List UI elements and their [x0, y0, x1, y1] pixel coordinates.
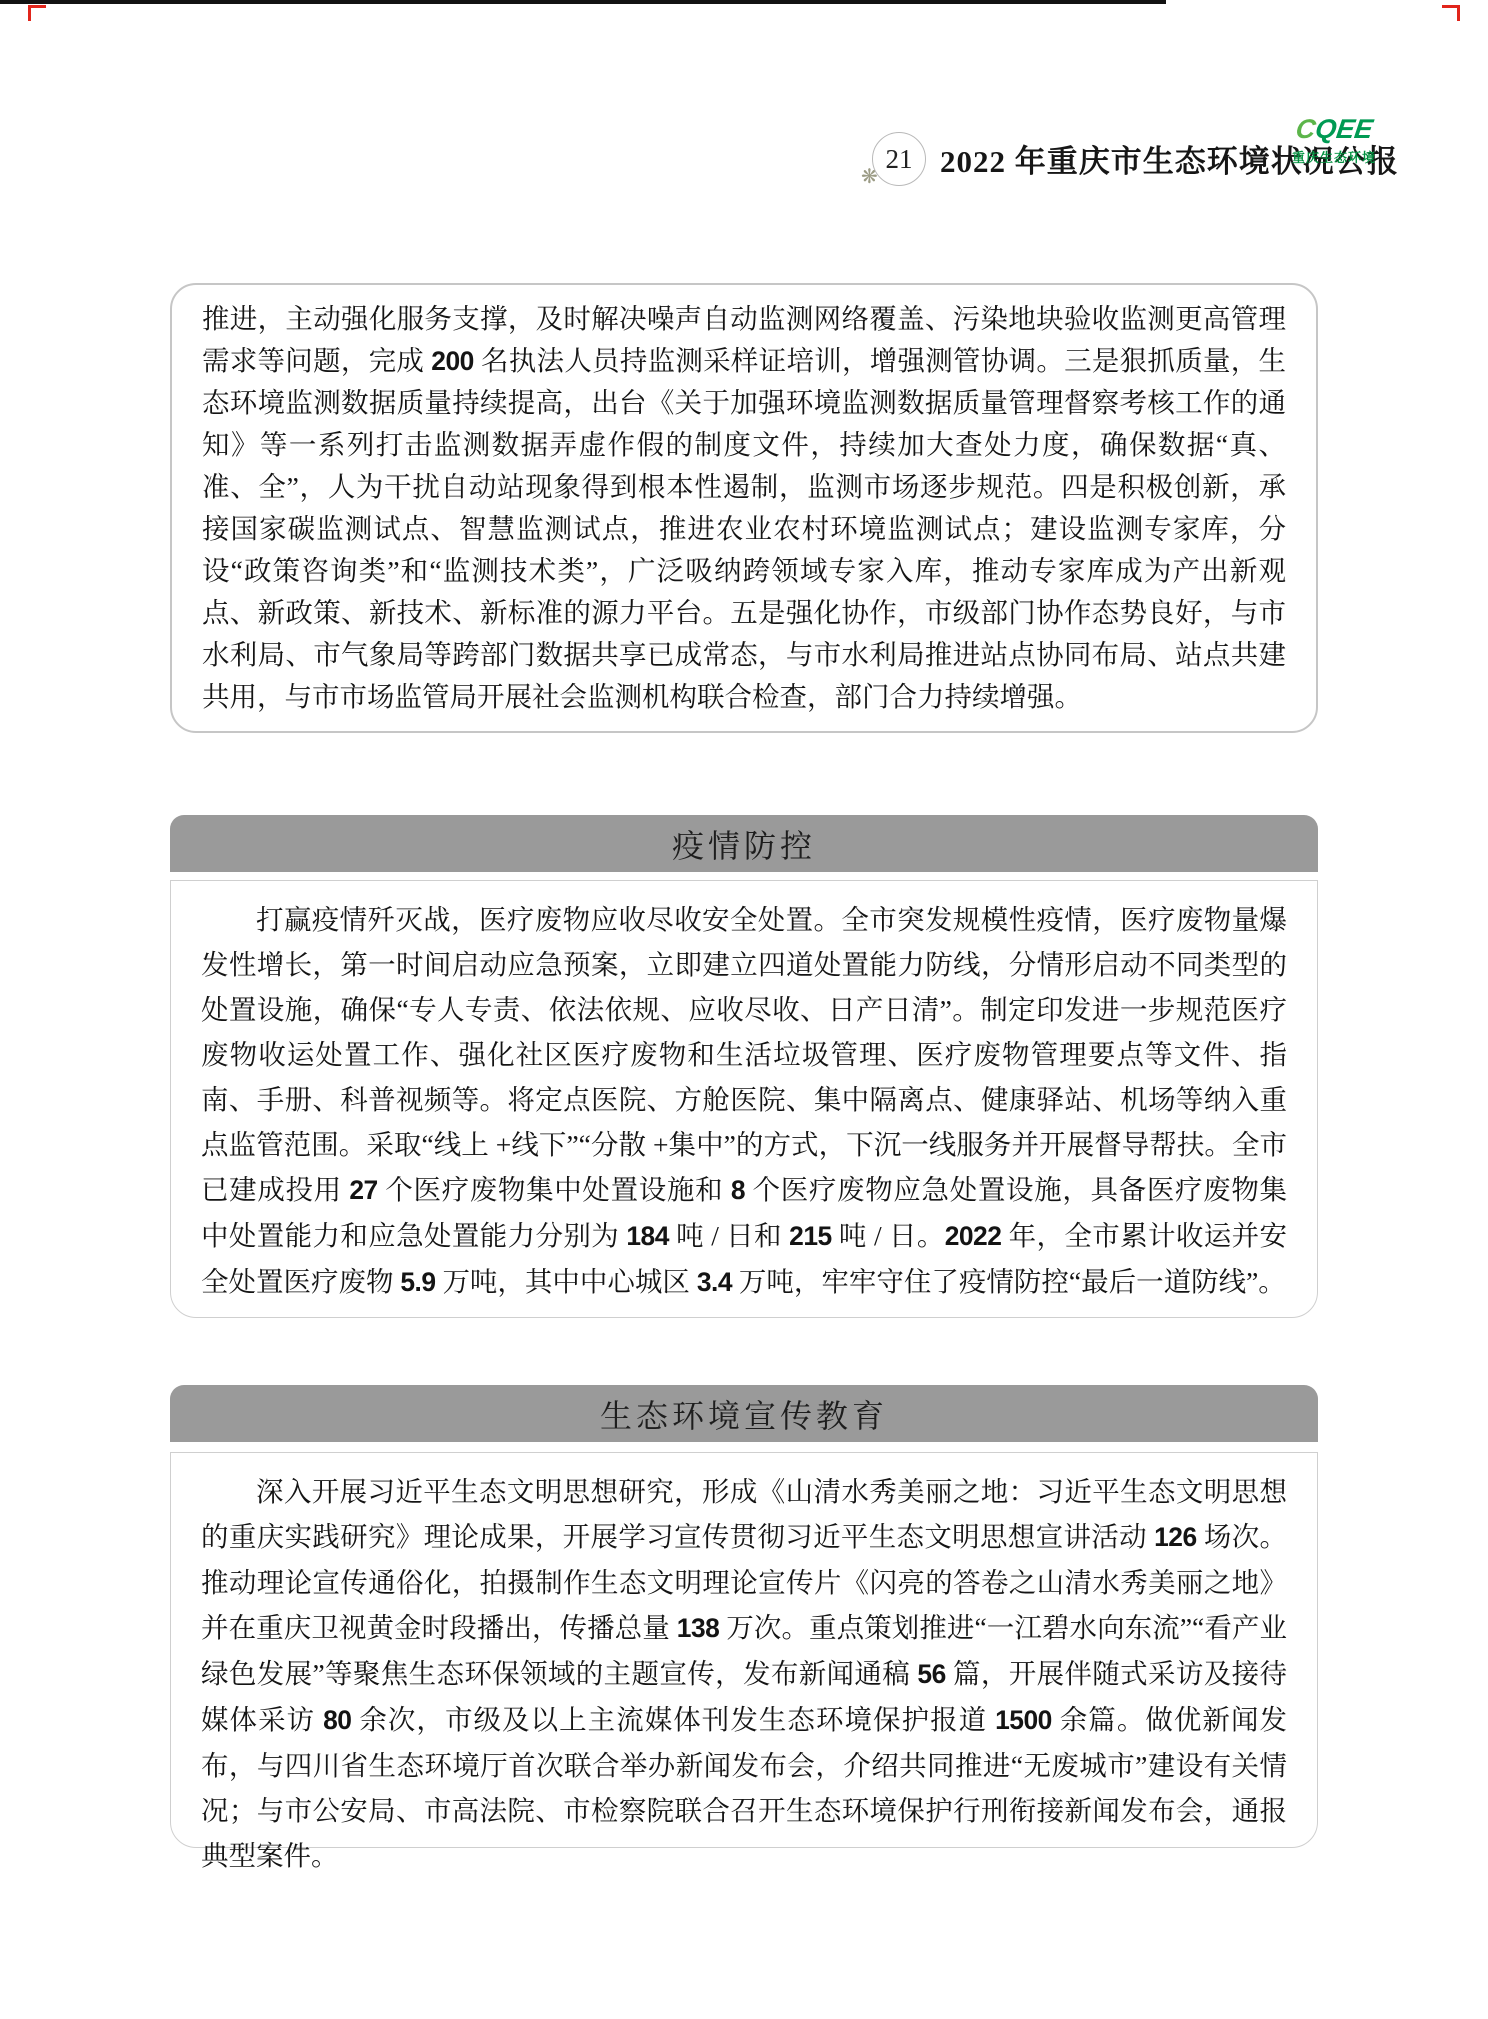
cqee-logo-subtitle: 重庆生态环境 [1282, 147, 1386, 166]
text-run: 吨 / 日和 [669, 1220, 789, 1251]
numeric-value: 56 [917, 1659, 945, 1689]
report-page: ❋ 21 2022 年重庆市生态环境状况公报 CQEE 重庆生态环境 推进，主动… [0, 0, 1488, 2019]
text-run: 深入开展习近平生态文明思想研究，形成《山清水秀美丽之地：习近平生态文明思想的重庆… [201, 1476, 1287, 1552]
text-run: 万吨，其中中心城区 [436, 1266, 697, 1297]
numeric-value: 5.9 [400, 1267, 435, 1297]
monitoring-continuation-box: 推进，主动强化服务支撑，及时解决噪声自动监测网络覆盖、污染地块验收监测更高管理需… [170, 283, 1318, 733]
numeric-value: 2022 [945, 1221, 1002, 1251]
text-run: 名执法人员持监测采样证培训，增强测管协调。三是狠抓质量，生态环境监测数据质量持续… [202, 345, 1286, 712]
section-title: 生态环境宣传教育 [600, 1391, 888, 1437]
numeric-value: 184 [626, 1221, 669, 1251]
page-number-badge: ❋ 21 [872, 132, 926, 186]
numeric-value: 138 [677, 1613, 720, 1643]
numeric-value: 27 [349, 1175, 377, 1205]
numeric-value: 8 [731, 1175, 745, 1205]
body-paragraph: 打赢疫情歼灭战，医疗废物应收尽收安全处置。全市突发规模性疫情，医疗废物量爆发性增… [201, 897, 1287, 1305]
numeric-value: 200 [431, 346, 474, 376]
numeric-value: 80 [323, 1705, 351, 1735]
section-heading-education: 生态环境宣传教育 [170, 1385, 1318, 1442]
crop-mark-right-icon [1442, 5, 1460, 21]
body-paragraph: 推进，主动强化服务支撑，及时解决噪声自动监测网络覆盖、污染地块验收监测更高管理需… [202, 298, 1286, 718]
text-run: 余次，市级及以上主流媒体刊发生态环境保护报道 [351, 1704, 995, 1735]
top-edge-bar [0, 0, 1166, 4]
numeric-value: 3.4 [697, 1267, 732, 1297]
cqee-logo: CQEE 重庆生态环境 [1282, 114, 1386, 166]
logo-letter: E [1352, 114, 1374, 144]
text-run: 万吨，牢牢守住了疫情防控“最后一道防线”。 [732, 1266, 1286, 1297]
text-run: 个医疗废物集中处置设施和 [378, 1174, 731, 1205]
numeric-value: 126 [1154, 1522, 1197, 1552]
text-run: 吨 / 日。 [832, 1220, 945, 1251]
section-heading-epidemic: 疫情防控 [170, 815, 1318, 872]
crop-mark-left-icon [28, 5, 46, 21]
page-number: 21 [886, 144, 913, 175]
flower-icon: ❋ [861, 164, 878, 189]
body-paragraph: 深入开展习近平生态文明思想研究，形成《山清水秀美丽之地：习近平生态文明思想的重庆… [201, 1469, 1287, 1878]
numeric-value: 1500 [995, 1705, 1052, 1735]
numeric-value: 215 [789, 1221, 832, 1251]
text-run: 打赢疫情歼灭战，医疗废物应收尽收安全处置。全市突发规模性疫情，医疗废物量爆发性增… [201, 904, 1287, 1205]
cqee-logo-acronym: CQEE [1294, 114, 1375, 145]
section-panel-education: 深入开展习近平生态文明思想研究，形成《山清水秀美丽之地：习近平生态文明思想的重庆… [170, 1452, 1318, 1848]
section-panel-epidemic: 打赢疫情歼灭战，医疗废物应收尽收安全处置。全市突发规模性疫情，医疗废物量爆发性增… [170, 880, 1318, 1318]
section-title: 疫情防控 [672, 821, 816, 867]
